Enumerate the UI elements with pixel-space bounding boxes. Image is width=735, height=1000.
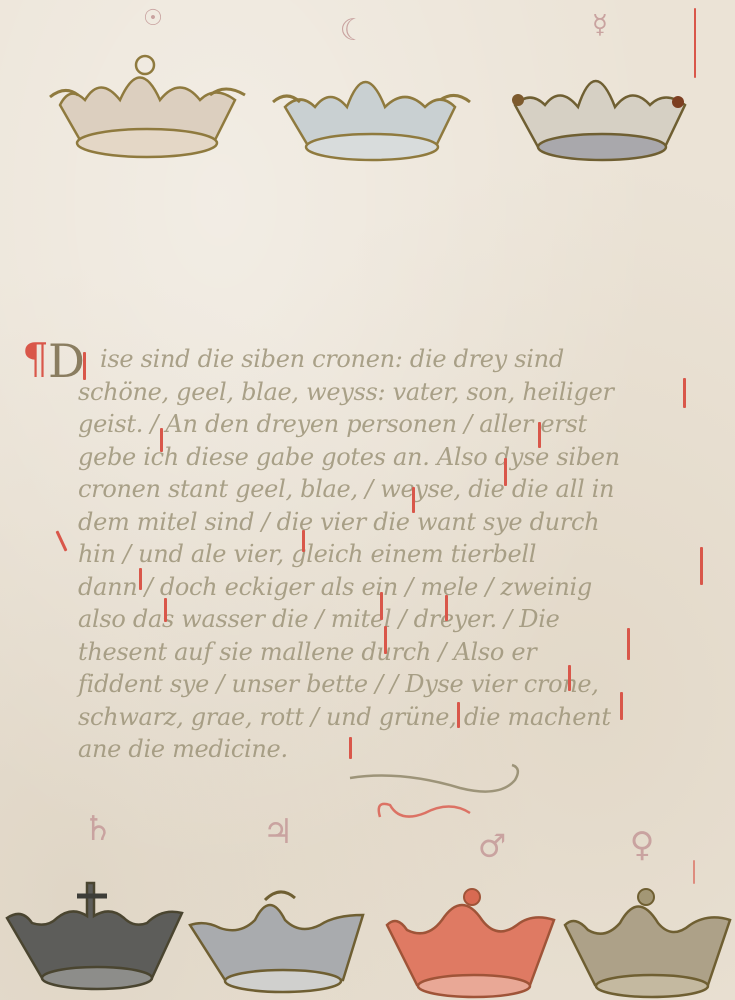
venus-crown-icon — [560, 885, 735, 1000]
jupiter-crown-icon — [185, 880, 375, 995]
rubric-stroke — [349, 737, 352, 759]
pilcrow-icon: ¶ — [22, 338, 49, 380]
mercury-crown-icon — [500, 55, 700, 170]
text-line: cronen stant geel, blae, / weyse, die di… — [78, 473, 728, 506]
jupiter-symbol-icon: ♃ — [258, 815, 298, 849]
text-line: schwarz, grae, rott / und grüne, die mac… — [78, 701, 728, 734]
venus-symbol-icon: ♀ — [622, 828, 662, 862]
rubric-stroke — [683, 378, 686, 408]
rubric-stroke — [445, 595, 448, 621]
moon-crown-icon — [265, 52, 475, 167]
manuscript-page: ☉ ☾ ☿ ¶ D ise sind die siben cronen: die… — [0, 0, 735, 1000]
text-line: ise sind die siben cronen: die drey sind — [78, 343, 728, 376]
text-line: fiddent sye / unser bette / / Dyse vier … — [78, 668, 728, 701]
text-line: gebe ich diese gabe gotes an. Also dyse … — [78, 441, 728, 474]
rubric-stroke — [160, 428, 163, 452]
text-line: dann / doch eckiger als ein / mele / zwe… — [78, 571, 728, 604]
rubric-stroke — [538, 422, 541, 448]
text-line: thesent auf sie mallene durch / Also er — [78, 636, 728, 669]
margin-rule-mark — [694, 8, 696, 78]
manuscript-text: ise sind die siben cronen: die drey sind… — [78, 343, 728, 766]
rubric-stroke — [55, 530, 67, 551]
rubric-stroke — [693, 860, 695, 884]
rubric-stroke — [164, 598, 167, 622]
rubric-stroke — [83, 352, 86, 380]
text-line: dem mitel sind / die vier die want sye d… — [78, 506, 728, 539]
rubric-stroke — [568, 665, 571, 691]
rubric-stroke — [384, 626, 387, 654]
text-line: geist. / An den dreyen personen / aller … — [78, 408, 728, 441]
rubric-stroke — [627, 628, 630, 660]
mercury-symbol-icon: ☿ — [580, 12, 620, 38]
rubric-stroke — [457, 702, 460, 728]
rubric-stroke — [139, 568, 142, 590]
red-flourish — [370, 795, 480, 834]
rubric-stroke — [620, 692, 623, 720]
rubric-stroke — [412, 487, 415, 513]
rubric-stroke — [380, 592, 383, 620]
sun-symbol-icon: ☉ — [133, 8, 173, 30]
text-line: hin / und ale vier, gleich einem tierbel… — [78, 538, 728, 571]
rubric-stroke — [302, 530, 305, 552]
sun-crown-icon — [40, 45, 250, 160]
text-line: also das wasser die / mitel / dreyer. / … — [78, 603, 728, 636]
moon-symbol-icon: ☾ — [333, 16, 373, 46]
rubric-stroke — [700, 547, 703, 585]
text-line: schöne, geel, blae, weyss: vater, son, h… — [78, 376, 728, 409]
mars-symbol-icon: ♂ — [472, 830, 512, 862]
rubric-stroke — [504, 458, 507, 486]
saturn-symbol-icon: ♄ — [78, 812, 118, 846]
mars-crown-icon — [382, 885, 562, 1000]
saturn-crown-icon — [2, 878, 187, 993]
